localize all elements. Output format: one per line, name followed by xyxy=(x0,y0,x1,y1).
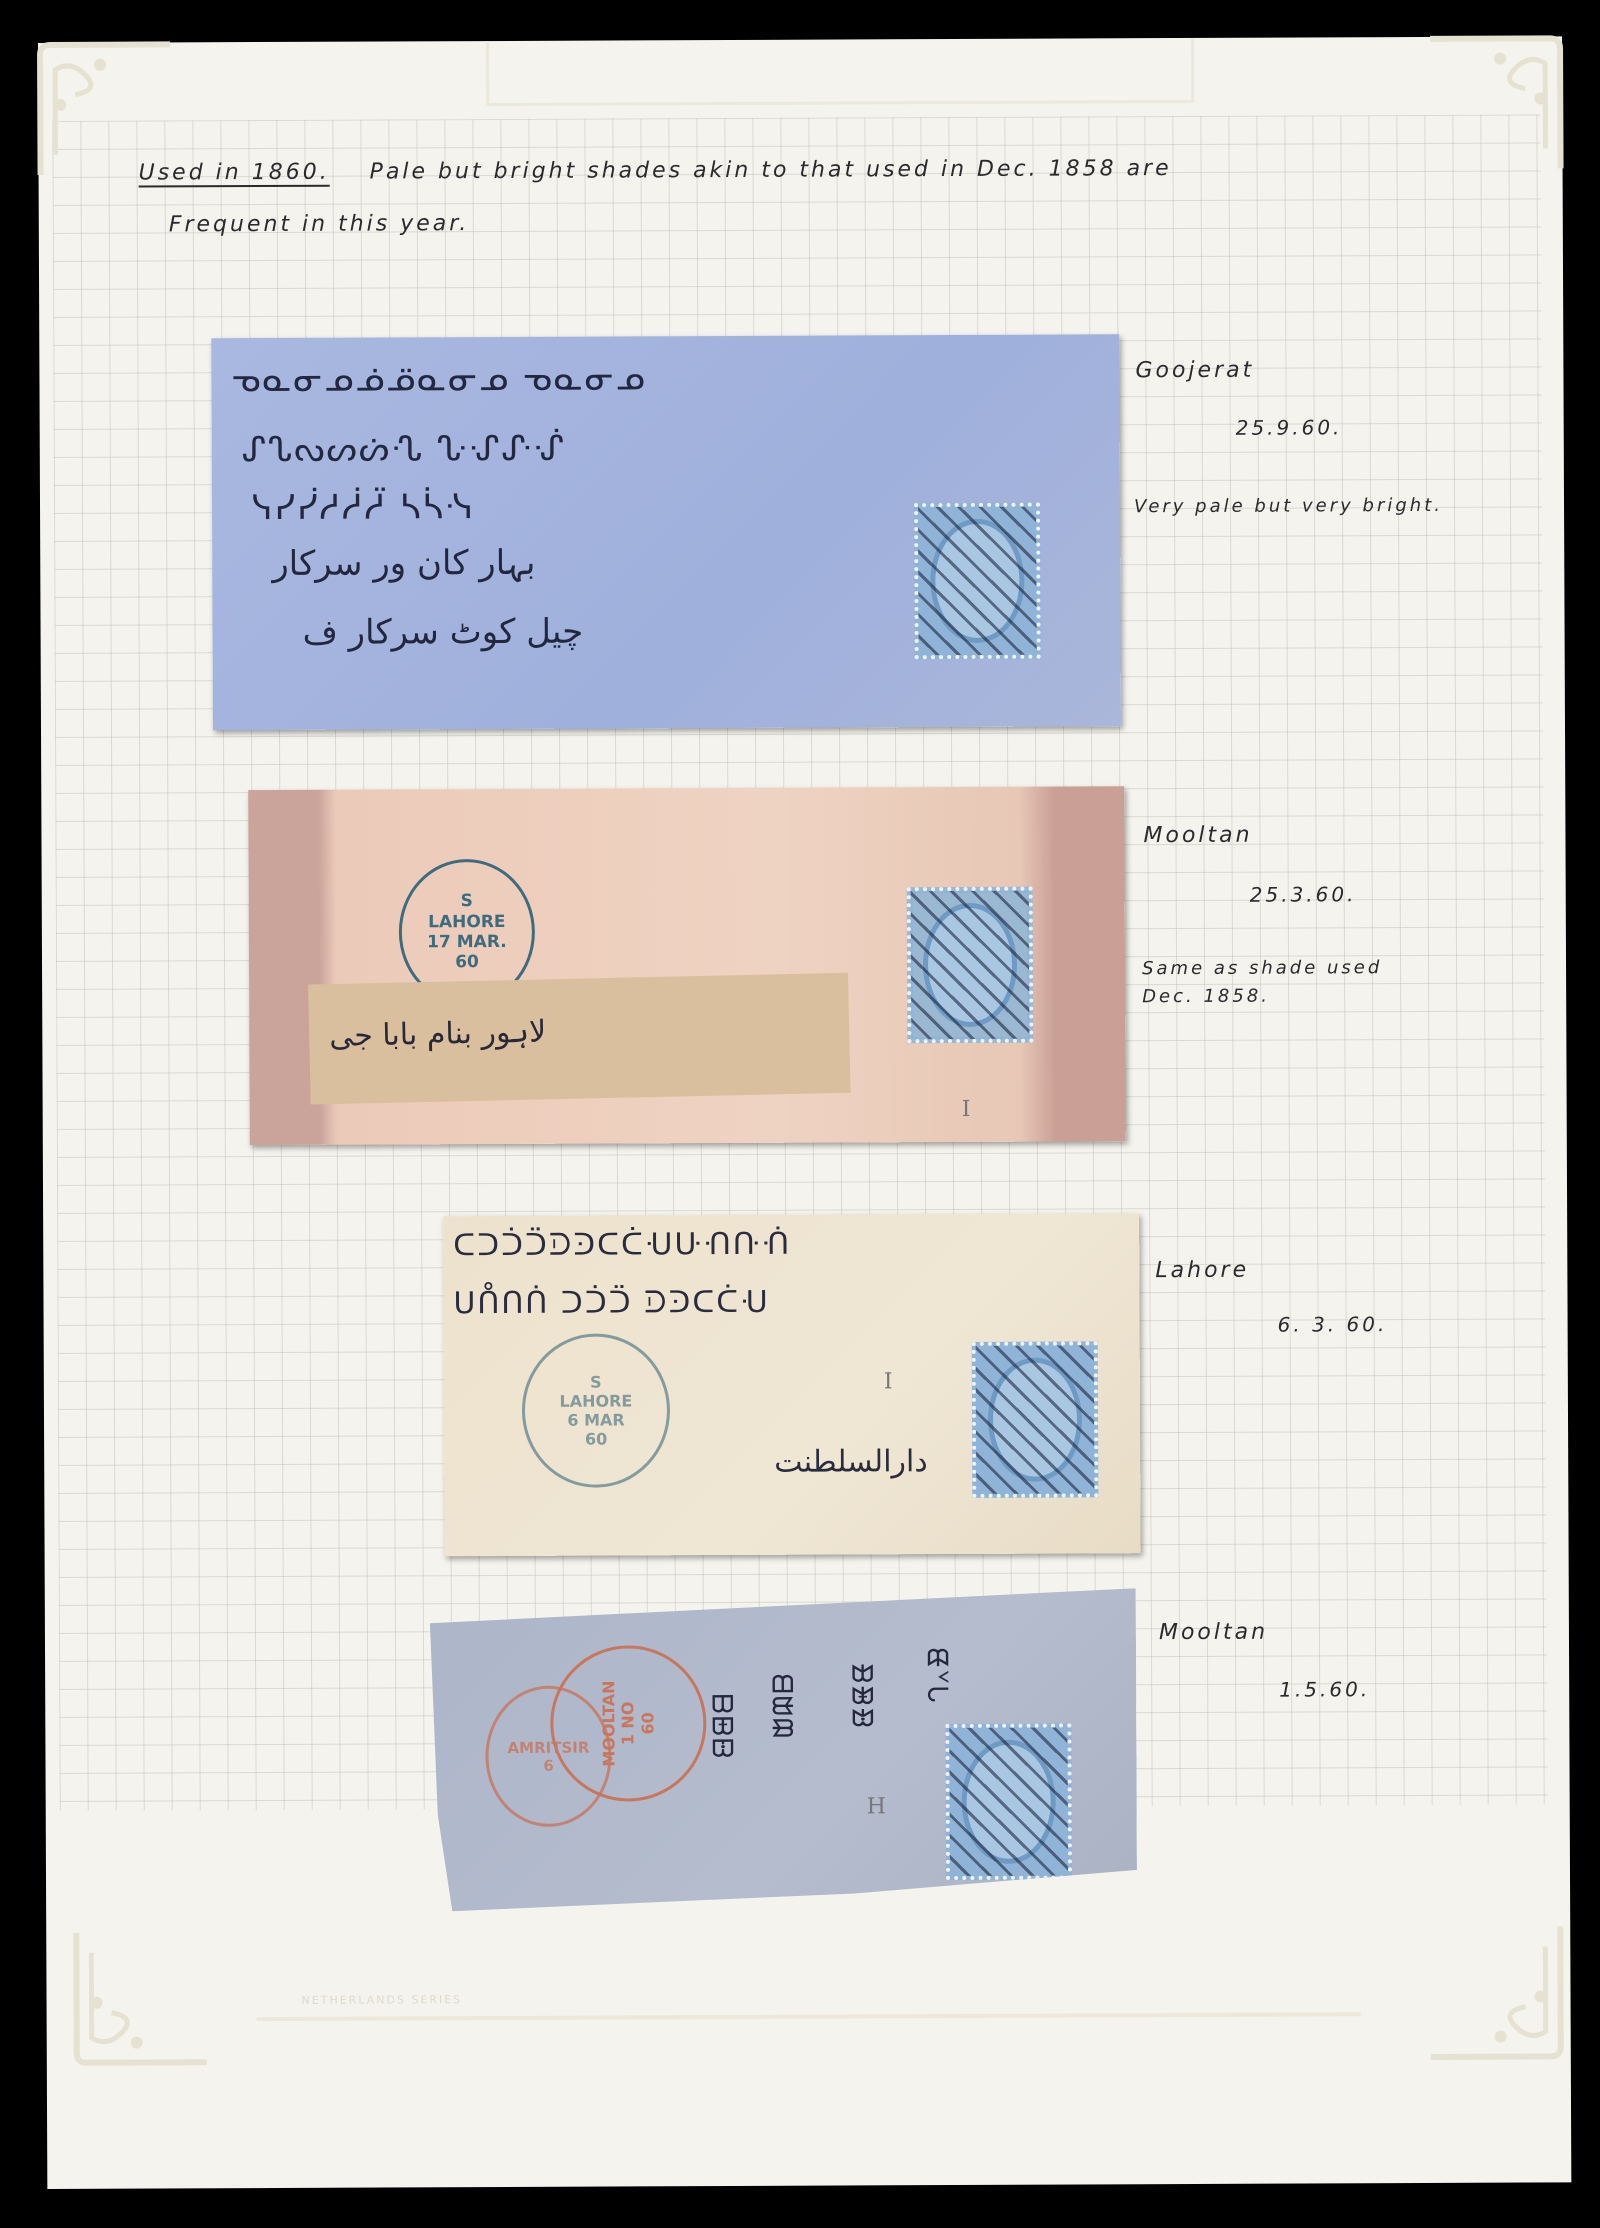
page-heading: Used in 1860. Pale but bright shades aki… xyxy=(139,156,1172,186)
cover-2-remark-line1: Same as shade used xyxy=(1142,957,1382,979)
stamp-half-anna-blue[interactable] xyxy=(907,887,1034,1044)
cover-1-goojerat[interactable]: ᓀᓇᓂᓄᓅᓆᓇᓂᓄ ᓀᓇᓂᓄ ᔑᔐᔓᔕᔖᔗ ᔘᔙᔚᔛ ᓭᓯᓰᓱᓲᓳ ᓴᓵᓶ بہ… xyxy=(211,334,1121,730)
cover-3-lahore[interactable]: ᑕᑐᑑᑒᑓᑔᑕᑖᑗᑘᑙᑚᑛ ᑌᑍᑎᑏ ᑐᑑᑒ ᑓᑔᑕᑖᑗ S LAHORE 6 … xyxy=(443,1213,1140,1556)
heading-text-continued: Frequent in this year. xyxy=(169,211,470,237)
stamp-half-anna-blue[interactable] xyxy=(972,1341,1099,1498)
lahore-postmark: S LAHORE 6 MAR 60 xyxy=(522,1333,671,1488)
manuscript-line: ᑌᑍᑎᑏ ᑐᑑᑒ ᑓᑔᑕᑖᑗ xyxy=(453,1285,769,1321)
cover-2-place: Mooltan xyxy=(1143,823,1252,848)
ornament-corner-icon xyxy=(66,1922,217,2073)
numeral-cancel xyxy=(918,507,1037,656)
mooltan-postmark: MOOLTAN 1 NO 60 xyxy=(550,1645,707,1802)
pencil-mark: I xyxy=(884,1369,893,1394)
manuscript-line: ᑕᑐᑑᑒᑓᑔᑕᑖᑗᑘᑙᑚᑛ xyxy=(453,1227,791,1263)
album-page: NETHERLANDS SERIES Used in 1860. Pale bu… xyxy=(38,36,1571,2189)
pencil-mark: I xyxy=(962,1097,971,1122)
manuscript-line: ᔑᔐᔓᔕᔖᔗ ᔘᔙᔚᔛ xyxy=(242,429,566,470)
manuscript-line: ᓀᓇᓂᓄᓅᓆᓇᓂᓄ ᓀᓇᓂᓄ xyxy=(231,358,646,400)
stamp-half-anna-blue[interactable] xyxy=(945,1724,1072,1881)
manuscript-line: ᗷᗸᗹ xyxy=(705,1694,739,1761)
cover-4-place: Mooltan xyxy=(1159,1620,1268,1645)
cover-3-date: 6. 3. 60. xyxy=(1278,1312,1388,1336)
heading-text: Pale but bright shades akin to that used… xyxy=(370,156,1172,184)
stamp-half-anna-blue[interactable] xyxy=(914,503,1041,660)
address-label: لاہور بنام بابا جی xyxy=(308,973,850,1105)
cover-4-mooltan[interactable]: AMRITSIR 6 MOOLTAN 1 NO 60 ᗷᗸᗹ ᗺᗻᗼ ᗽᗾᗿ ᘀ… xyxy=(430,1588,1137,1911)
manuscript-line: ᘀᘁᘂ xyxy=(920,1647,954,1705)
manuscript-line: لاہور بنام بابا جی xyxy=(329,1014,547,1054)
title-frame xyxy=(486,38,1194,106)
cover-2-mooltan[interactable]: S LAHORE 17 MAR. 60 لاہور بنام بابا جی I xyxy=(248,786,1126,1145)
manuscript-line: چیل کوٹ سرکار ف xyxy=(302,612,583,653)
manuscript-line: ᓭᓯᓰᓱᓲᓳ ᓴᓵᓶ xyxy=(252,487,475,528)
manuscript-line: ᗺᗻᗼ xyxy=(764,1673,798,1740)
numeral-cancel xyxy=(949,1728,1068,1877)
pencil-mark: H xyxy=(867,1794,886,1819)
heading-label: Used in 1860. xyxy=(139,160,330,186)
cover-2-date: 25.3.60. xyxy=(1250,882,1357,906)
cover-2-remark-line2: Dec. 1858. xyxy=(1142,986,1270,1008)
ornament-corner-icon xyxy=(1420,28,1571,179)
numeral-cancel xyxy=(911,891,1030,1040)
cover-1-date: 25.9.60. xyxy=(1236,415,1343,439)
manuscript-line: بہار کان ور سرکار xyxy=(272,542,535,584)
bottom-border-rule xyxy=(257,2012,1361,2021)
cover-1-remark: Very pale but very bright. xyxy=(1134,495,1443,517)
manuscript-line: ᗽᗾᗿ xyxy=(844,1663,878,1730)
numeral-cancel xyxy=(976,1345,1095,1494)
ornament-corner-icon xyxy=(1420,1916,1571,2067)
cover-1-place: Goojerat xyxy=(1135,358,1254,384)
cover-3-place: Lahore xyxy=(1155,1258,1249,1283)
cover-4-date: 1.5.60. xyxy=(1279,1677,1370,1701)
publisher-imprint: NETHERLANDS SERIES xyxy=(302,1993,463,2007)
manuscript-line: دارالسلطنت xyxy=(774,1444,928,1480)
